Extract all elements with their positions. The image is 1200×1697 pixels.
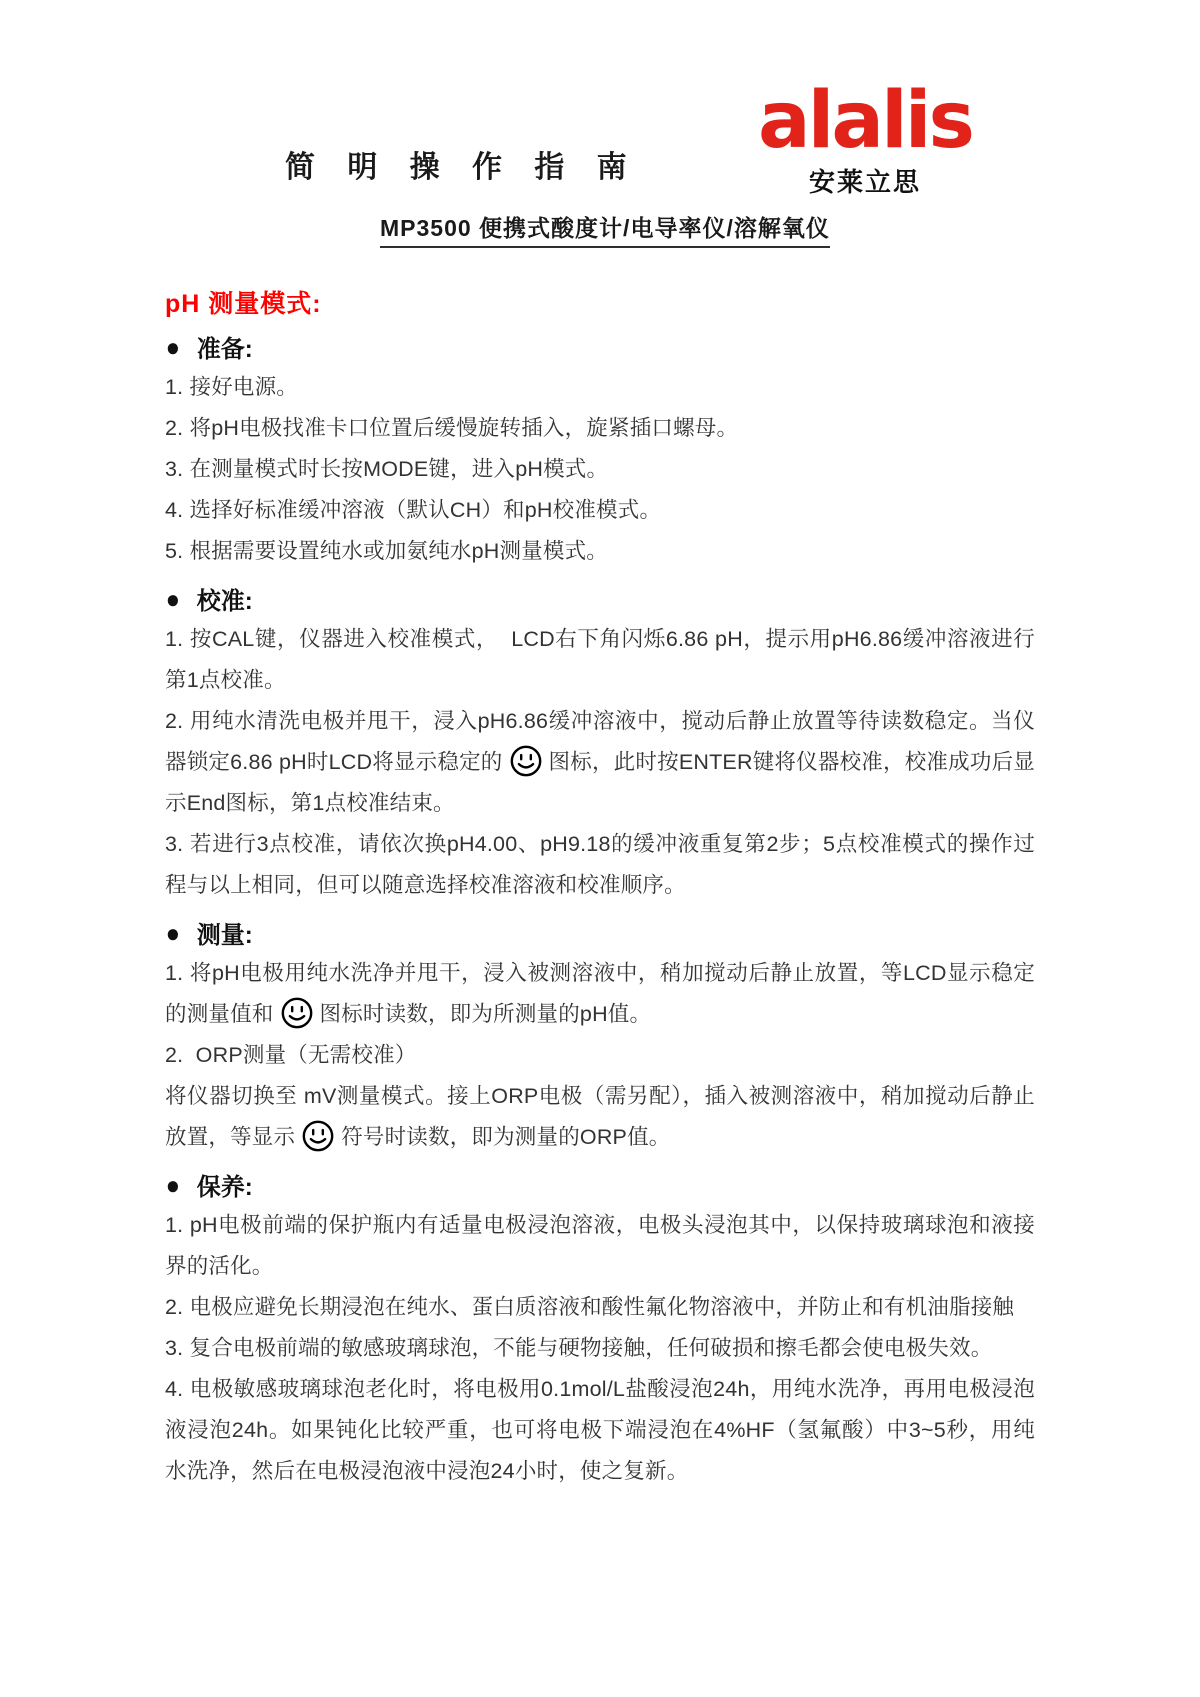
section-bullet-icon: ● [166,334,180,360]
list-item: 2. 电极应避免长期浸泡在纯水、蛋白质溶液和酸性氟化物溶液中，并防止和有机油脂接… [165,1287,1035,1328]
list-item: 4. 选择好标准缓冲溶液（默认CH）和pH校准模式。 [165,490,1035,531]
brand-logo-wordmark: alalis [715,82,1015,160]
brand-logo: alalis 安莱立思 [715,82,1015,199]
section-heading: ● 校准: [165,581,1035,616]
item-text: 2. 电极应避免长期浸泡在纯水、蛋白质溶液和酸性氟化物溶液中，并防止和有机油脂接… [165,1295,1014,1319]
item-text: 2. 将pH电极找准卡口位置后缓慢旋转插入，旋紧插口螺母。 [165,416,738,440]
item-text: 4. 选择好标准缓冲溶液（默认CH）和pH校准模式。 [165,498,661,522]
section-bullet-icon: ● [166,920,180,946]
list-item: 4. 电极敏感玻璃球泡老化时，将电极用0.1mol/L盐酸浸泡24h，用纯水洗净… [165,1369,1035,1492]
item-text: 5. 根据需要设置纯水或加氨纯水pH测量模式。 [165,539,608,563]
section-measurement: ● 测量: 1. 将pH电极用纯水洗净并甩干，浸入被测溶液中，稍加搅动后静止放置… [165,915,1035,1158]
product-heading: MP3500 便携式酸度计/电导率仪/溶解氧仪 [380,210,830,248]
item-text: 1. 接好电源。 [165,375,298,399]
list-item: 将仪器切换至 mV测量模式。接上ORP电极（需另配），插入被测溶液中，稍加搅动后… [165,1076,1035,1158]
section-heading: ● 保养: [165,1167,1035,1202]
list-item: 3. 若进行3点校准，请依次换pH4.00、pH9.18的缓冲液重复第2步；5点… [165,824,1035,906]
list-item: 1. 接好电源。 [165,367,1035,408]
section-bullet-icon: ● [166,1172,180,1198]
list-item: 2. 将pH电极找准卡口位置后缓慢旋转插入，旋紧插口螺母。 [165,408,1035,449]
smiley-face-icon [509,744,543,778]
item-text: 1. pH电极前端的保护瓶内有适量电极浸泡溶液，电极头浸泡其中，以保持玻璃球泡和… [165,1213,1035,1278]
document-header: 简 明 操 作 指 南 alalis 安莱立思 [0,0,1200,186]
item-text: 图标时读数，即为所测量的pH值。 [320,1002,652,1026]
item-text: 4. 电极敏感玻璃球泡老化时，将电极用0.1mol/L盐酸浸泡24h，用纯水洗净… [165,1377,1035,1483]
list-item: 1. pH电极前端的保护瓶内有适量电极浸泡溶液，电极头浸泡其中，以保持玻璃球泡和… [165,1205,1035,1287]
section-prepare: ● 准备: 1. 接好电源。 2. 将pH电极找准卡口位置后缓慢旋转插入，旋紧插… [165,329,1035,572]
list-item: 2. 用纯水清洗电极并甩干，浸入pH6.86缓冲溶液中，搅动后静止放置等待读数稳… [165,701,1035,824]
section-bullet-icon: ● [166,586,180,612]
section-heading-label: 测量: [197,915,253,950]
smiley-face-icon [301,1119,335,1153]
section-heading-label: 准备: [197,329,253,364]
item-text: 3. 在测量模式时长按MODE键，进入pH模式。 [165,457,608,481]
brand-chinese-name: 安莱立思 [715,162,1015,199]
section-heading-label: 保养: [197,1167,253,1202]
item-text: 2. ORP测量（无需校准） [165,1043,416,1067]
list-item: 3. 复合电极前端的敏感玻璃球泡，不能与硬物接触，任何破损和擦毛都会使电极失效。 [165,1328,1035,1369]
mode-heading: pH 测量模式: [165,284,1035,320]
list-item: 5. 根据需要设置纯水或加氨纯水pH测量模式。 [165,531,1035,572]
section-heading: ● 准备: [165,329,1035,364]
list-item: 3. 在测量模式时长按MODE键，进入pH模式。 [165,449,1035,490]
list-item: 1. 按CAL键，仪器进入校准模式， LCD右下角闪烁6.86 pH，提示用pH… [165,619,1035,701]
section-heading: ● 测量: [165,915,1035,950]
section-heading-label: 校准: [197,581,253,616]
document-body: MP3500 便携式酸度计/电导率仪/溶解氧仪 pH 测量模式: ● 准备: 1… [0,186,1200,1492]
item-text: 3. 若进行3点校准，请依次换pH4.00、pH9.18的缓冲液重复第2步；5点… [165,832,1035,897]
list-item: 2. ORP测量（无需校准） [165,1035,1035,1076]
item-text: 符号时读数，即为测量的ORP值。 [341,1125,670,1149]
item-text: 1. 按CAL键，仪器进入校准模式， LCD右下角闪烁6.86 pH，提示用pH… [165,627,1035,692]
section-calibration: ● 校准: 1. 按CAL键，仪器进入校准模式， LCD右下角闪烁6.86 pH… [165,581,1035,906]
item-text: 3. 复合电极前端的敏感玻璃球泡，不能与硬物接触，任何破损和擦毛都会使电极失效。 [165,1336,992,1360]
smiley-face-icon [280,996,314,1030]
list-item: 1. 将pH电极用纯水洗净并甩干，浸入被测溶液中，稍加搅动后静止放置，等LCD显… [165,953,1035,1035]
section-maintenance: ● 保养: 1. pH电极前端的保护瓶内有适量电极浸泡溶液，电极头浸泡其中，以保… [165,1167,1035,1492]
